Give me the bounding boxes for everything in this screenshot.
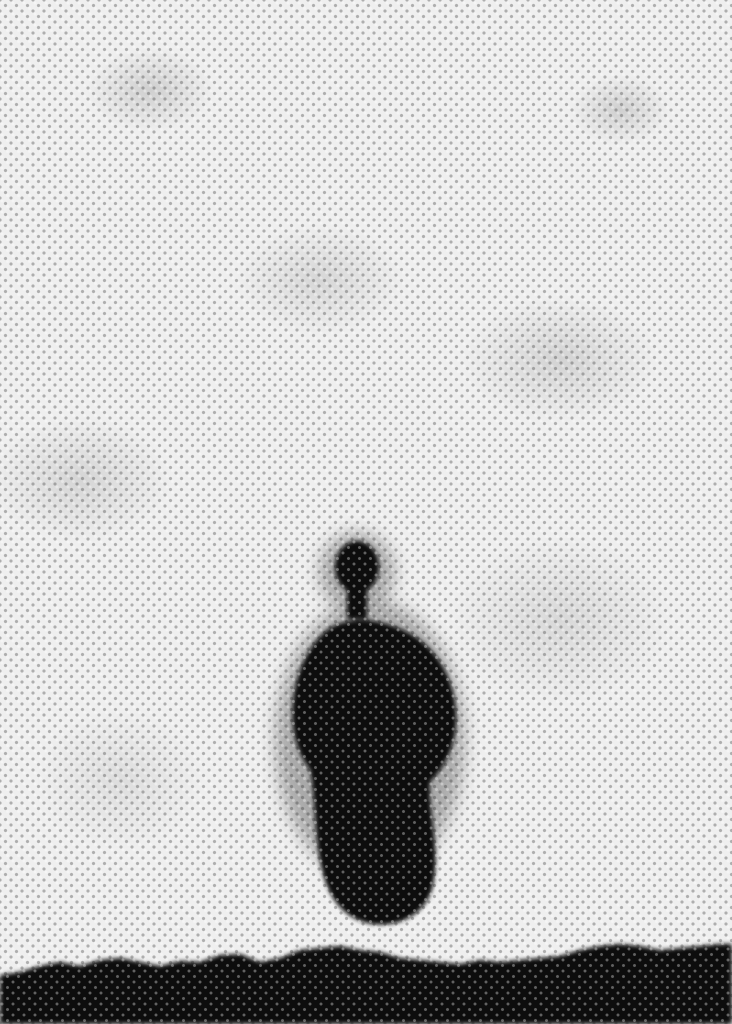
halftone-photo xyxy=(0,0,732,1024)
ground xyxy=(0,944,732,1024)
scene xyxy=(0,0,732,1024)
